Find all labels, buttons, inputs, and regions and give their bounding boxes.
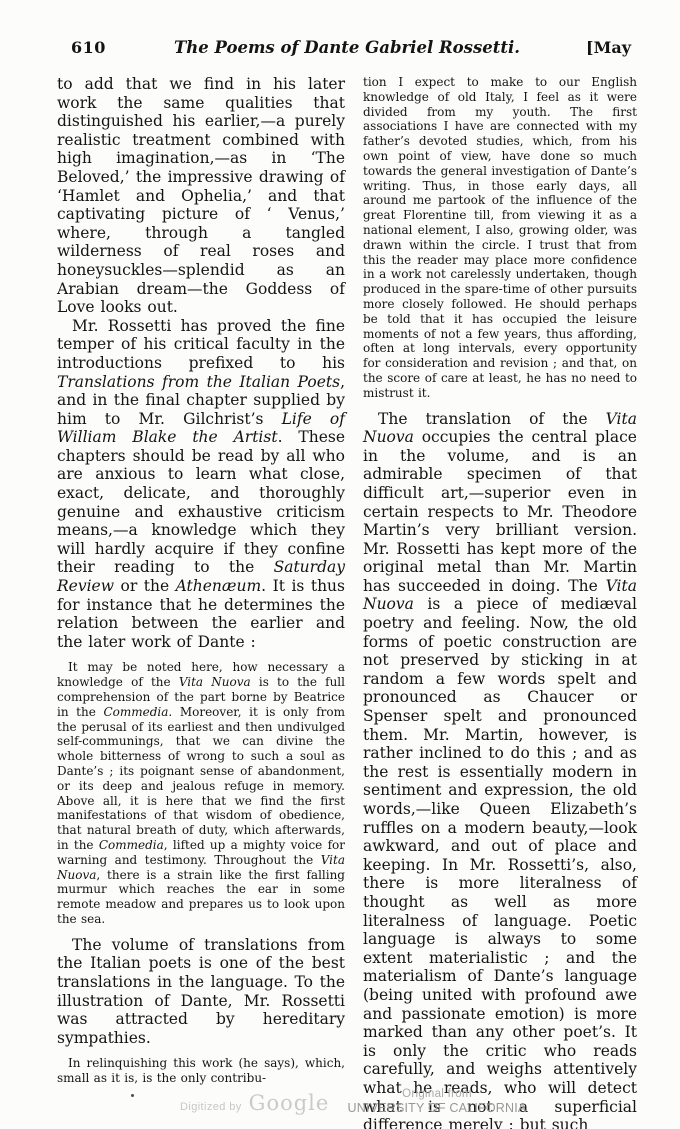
- digitized-by-google-mark: Digitized by Google: [180, 1091, 329, 1115]
- institution-name: UNIVERSITY OF CALIFORNIA: [337, 1101, 537, 1115]
- left-column: to add that we find in his later work th…: [57, 75, 345, 1129]
- issue-month: [May: [586, 38, 631, 57]
- block-quote-relinquishing-continued: tion I expect to make to our English kno…: [363, 75, 637, 401]
- paragraph-volume-of-translations: The volume of translations from the Ital…: [57, 936, 345, 1048]
- paragraph-continued-from-previous-page: to add that we find in his later work th…: [57, 75, 345, 317]
- scan-artifact-dot: [131, 1094, 134, 1097]
- running-title: The Poems of Dante Gabriel Rossetti.: [57, 38, 637, 57]
- scanned-book-page: 610 The Poems of Dante Gabriel Rossetti.…: [0, 0, 680, 1129]
- paragraph-rossetti-critical-faculty: Mr. Rossetti has proved the fine temper …: [57, 317, 345, 652]
- paragraph-translation-of-vita-nuova: The translation of the Vita Nuova occupi…: [363, 410, 637, 1129]
- original-from-label: Original from: [337, 1088, 537, 1100]
- digitized-by-label: Digitized by: [180, 1101, 242, 1113]
- block-quote-relinquishing-start: In relinquishing this work (he says), wh…: [57, 1056, 345, 1086]
- block-quote-vita-nuova: It may be noted here, how necessary a kn…: [57, 660, 345, 926]
- two-column-body: to add that we find in his later work th…: [57, 75, 637, 1129]
- right-column: tion I expect to make to our English kno…: [363, 75, 637, 1129]
- running-head: 610 The Poems of Dante Gabriel Rossetti.…: [57, 38, 637, 60]
- google-logo: Google: [249, 1091, 330, 1115]
- original-from-mark: Original from UNIVERSITY OF CALIFORNIA: [337, 1088, 537, 1115]
